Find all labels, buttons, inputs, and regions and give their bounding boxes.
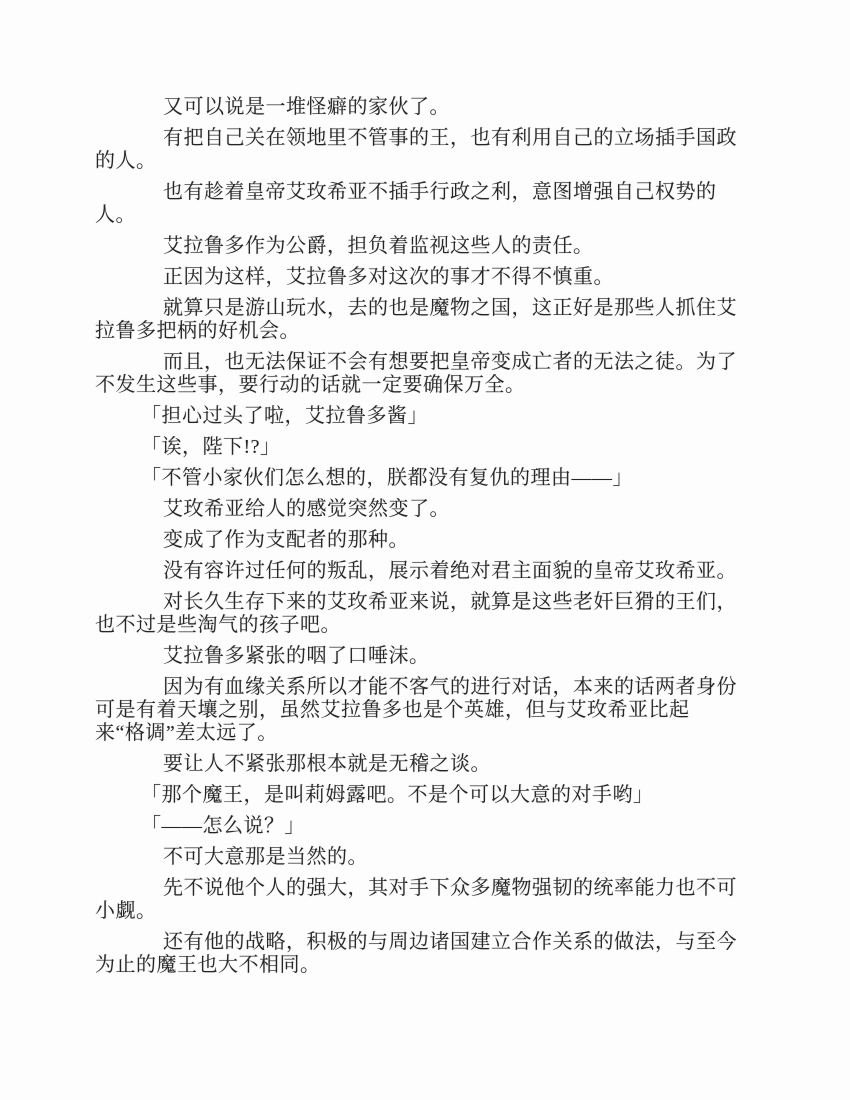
dialogue-paragraph: 「不管小家伙们怎么想的，朕都没有复仇的理由——」 bbox=[95, 467, 755, 490]
text-line: 艾玫希亚给人的感觉突然变了。 bbox=[95, 498, 755, 521]
scanned-novel-page: 又可以说是一堆怪癖的家伙了。有把自己关在领地里不管事的王，也有利用自己的立场插手… bbox=[0, 0, 850, 1100]
text-line: 「诶，陛下!?」 bbox=[95, 436, 755, 459]
narration-paragraph: 对长久生存下来的艾玫希亚来说，就算是这些老奸巨猾的王们，也不过是些淘气的孩子吧。 bbox=[95, 591, 755, 637]
text-line: 人。 bbox=[95, 204, 755, 227]
narration-paragraph: 还有他的战略，积极的与周边诸国建立合作关系的做法，与至今为止的魔王也大不相同。 bbox=[95, 931, 755, 977]
text-line: 也不过是些淘气的孩子吧。 bbox=[95, 614, 755, 637]
text-line: 「——怎么说？」 bbox=[95, 815, 755, 838]
text-line: 艾拉鲁多紧张的咽了口唾沫。 bbox=[95, 645, 755, 668]
novel-text-block: 又可以说是一堆怪癖的家伙了。有把自己关在领地里不管事的王，也有利用自己的立场插手… bbox=[95, 96, 755, 985]
text-line: 而且，也无法保证不会有想要把皇帝变成亡者的无法之徒。为了 bbox=[95, 351, 755, 374]
narration-paragraph: 也有趁着皇帝艾玫希亚不插手行政之利，意图增强自己权势的人。 bbox=[95, 181, 755, 227]
narration-paragraph: 又可以说是一堆怪癖的家伙了。 bbox=[95, 96, 755, 119]
text-line: 变成了作为支配者的那种。 bbox=[95, 529, 755, 552]
narration-paragraph: 先不说他个人的强大，其对手下众多魔物强韧的统率能力也不可小觑。 bbox=[95, 877, 755, 923]
text-line: 可是有着天壤之别，虽然艾拉鲁多也是个英雄，但与艾玫希亚比起 bbox=[95, 699, 755, 722]
text-line: 因为有血缘关系所以才能不客气的进行对话，本来的话两者身份 bbox=[95, 676, 755, 699]
narration-paragraph: 不可大意那是当然的。 bbox=[95, 846, 755, 869]
dialogue-paragraph: 「诶，陛下!?」 bbox=[95, 436, 755, 459]
text-line: 没有容许过任何的叛乱，展示着绝对君主面貌的皇帝艾玫希亚。 bbox=[95, 560, 755, 583]
narration-paragraph: 而且，也无法保证不会有想要把皇帝变成亡者的无法之徒。为了不发生这些事，要行动的话… bbox=[95, 351, 755, 397]
text-line: 也有趁着皇帝艾玫希亚不插手行政之利，意图增强自己权势的 bbox=[95, 181, 755, 204]
text-line: 还有他的战略，积极的与周边诸国建立合作关系的做法，与至今 bbox=[95, 931, 755, 954]
dialogue-paragraph: 「那个魔王，是叫莉姆露吧。不是个可以大意的对手哟」 bbox=[95, 784, 755, 807]
text-line: 小觑。 bbox=[95, 900, 755, 923]
narration-paragraph: 正因为这样，艾拉鲁多对这次的事才不得不慎重。 bbox=[95, 266, 755, 289]
narration-paragraph: 要让人不紧张那根本就是无稽之谈。 bbox=[95, 753, 755, 776]
text-line: 对长久生存下来的艾玫希亚来说，就算是这些老奸巨猾的王们， bbox=[95, 591, 755, 614]
narration-paragraph: 艾拉鲁多作为公爵，担负着监视这些人的责任。 bbox=[95, 235, 755, 258]
dialogue-paragraph: 「担心过头了啦，艾拉鲁多酱」 bbox=[95, 405, 755, 428]
narration-paragraph: 没有容许过任何的叛乱，展示着绝对君主面貌的皇帝艾玫希亚。 bbox=[95, 560, 755, 583]
text-line: 「担心过头了啦，艾拉鲁多酱」 bbox=[95, 405, 755, 428]
text-line: 就算只是游山玩水，去的也是魔物之国，这正好是那些人抓住艾 bbox=[95, 297, 755, 320]
text-line: 又可以说是一堆怪癖的家伙了。 bbox=[95, 96, 755, 119]
text-line: 的人。 bbox=[95, 150, 755, 173]
text-line: 「不管小家伙们怎么想的，朕都没有复仇的理由——」 bbox=[95, 467, 755, 490]
narration-paragraph: 因为有血缘关系所以才能不客气的进行对话，本来的话两者身份可是有着天壤之别，虽然艾… bbox=[95, 676, 755, 745]
text-line: 要让人不紧张那根本就是无稽之谈。 bbox=[95, 753, 755, 776]
text-line: 拉鲁多把柄的好机会。 bbox=[95, 320, 755, 343]
text-line: 不发生这些事，要行动的话就一定要确保万全。 bbox=[95, 374, 755, 397]
narration-paragraph: 艾拉鲁多紧张的咽了口唾沫。 bbox=[95, 645, 755, 668]
narration-paragraph: 艾玫希亚给人的感觉突然变了。 bbox=[95, 498, 755, 521]
text-line: 不可大意那是当然的。 bbox=[95, 846, 755, 869]
narration-paragraph: 变成了作为支配者的那种。 bbox=[95, 529, 755, 552]
text-line: 正因为这样，艾拉鲁多对这次的事才不得不慎重。 bbox=[95, 266, 755, 289]
dialogue-paragraph: 「——怎么说？」 bbox=[95, 815, 755, 838]
text-line: 先不说他个人的强大，其对手下众多魔物强韧的统率能力也不可 bbox=[95, 877, 755, 900]
text-line: 有把自己关在领地里不管事的王，也有利用自己的立场插手国政 bbox=[95, 127, 755, 150]
narration-paragraph: 就算只是游山玩水，去的也是魔物之国，这正好是那些人抓住艾拉鲁多把柄的好机会。 bbox=[95, 297, 755, 343]
text-line: 艾拉鲁多作为公爵，担负着监视这些人的责任。 bbox=[95, 235, 755, 258]
text-line: 「那个魔王，是叫莉姆露吧。不是个可以大意的对手哟」 bbox=[95, 784, 755, 807]
narration-paragraph: 有把自己关在领地里不管事的王，也有利用自己的立场插手国政的人。 bbox=[95, 127, 755, 173]
text-line: 来“格调”差太远了。 bbox=[95, 722, 755, 745]
text-line: 为止的魔王也大不相同。 bbox=[95, 954, 755, 977]
